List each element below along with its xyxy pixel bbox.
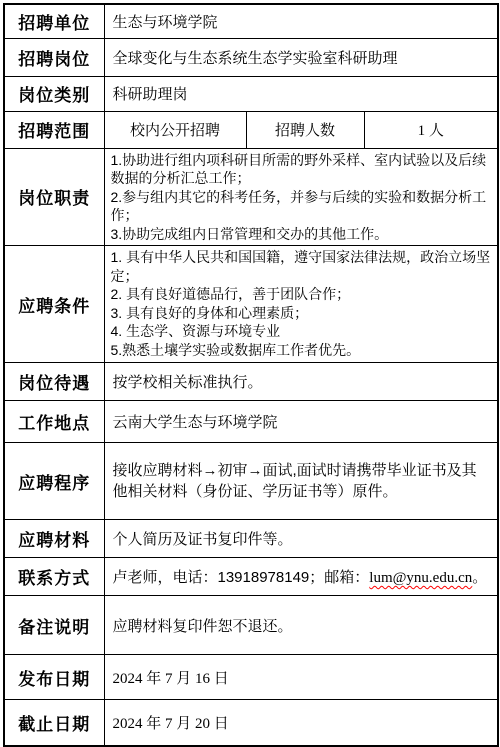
label-recruiting-position: 招聘岗位 <box>4 38 104 76</box>
label-publish-date: 发布日期 <box>4 655 104 700</box>
row-application-requirements: 应聘条件 1. 具有中华人民共和国国籍，遵守国家法律法规，政治立场坚定；2. 具… <box>4 246 498 363</box>
value-contact-info: 卢老师，电话：13918978149；邮箱：lum@ynu.edu.cn。 <box>104 558 498 596</box>
row-recruiting-position: 招聘岗位 全球变化与生态系统生态学实验室科研助理 <box>4 38 498 76</box>
row-remarks: 备注说明 应聘材料复印件恕不退还。 <box>4 596 498 655</box>
recruitment-info-table: 招聘单位 生态与环境学院 招聘岗位 全球变化与生态系统生态学实验室科研助理 岗位… <box>3 3 499 747</box>
value-headcount: 1 人 <box>364 111 498 148</box>
row-contact-info: 联系方式 卢老师，电话：13918978149；邮箱：lum@ynu.edu.c… <box>4 558 498 596</box>
row-work-location: 工作地点 云南大学生态与环境学院 <box>4 401 498 443</box>
deadline-date-text: 2024 年 7 月 20 日 <box>113 716 229 732</box>
label-recruitment-scope: 招聘范围 <box>4 111 104 148</box>
row-publish-date: 发布日期 2024 年 7 月 16 日 <box>4 655 498 700</box>
row-position-category: 岗位类别 科研助理岗 <box>4 76 498 111</box>
publish-date-text: 2024 年 7 月 16 日 <box>113 671 229 687</box>
value-publish-date: 2024 年 7 月 16 日 <box>104 655 498 700</box>
value-job-duties: 1.协助进行组内项科研目所需的野外采样、室内试验以及后续数据的分析汇总工作；2.… <box>104 148 498 246</box>
headcount-number: 1 人 <box>418 123 444 139</box>
label-contact-info: 联系方式 <box>4 558 104 596</box>
row-recruitment-scope: 招聘范围 校内公开招聘 招聘人数 1 人 <box>4 111 498 148</box>
label-job-duties: 岗位职责 <box>4 148 104 246</box>
value-deadline-date: 2024 年 7 月 20 日 <box>104 700 498 746</box>
value-compensation: 按学校相关标准执行。 <box>104 363 498 401</box>
value-application-materials: 个人简历及证书复印件等。 <box>104 520 498 558</box>
label-application-requirements: 应聘条件 <box>4 246 104 363</box>
label-compensation: 岗位待遇 <box>4 363 104 401</box>
value-remarks: 应聘材料复印件恕不退还。 <box>104 596 498 655</box>
label-deadline-date: 截止日期 <box>4 700 104 746</box>
label-remarks: 备注说明 <box>4 596 104 655</box>
value-work-location: 云南大学生态与环境学院 <box>104 401 498 443</box>
value-recruiting-unit: 生态与环境学院 <box>104 4 498 38</box>
contact-text: 卢老师，电话：13918978149；邮箱： <box>113 569 370 586</box>
label-position-category: 岗位类别 <box>4 76 104 111</box>
value-recruitment-scope: 校内公开招聘 <box>104 111 246 148</box>
row-application-procedure: 应聘程序 接收应聘材料→初审→面试,面试时请携带毕业证书及其他相关材料（身份证、… <box>4 443 498 520</box>
row-job-duties: 岗位职责 1.协助进行组内项科研目所需的野外采样、室内试验以及后续数据的分析汇总… <box>4 148 498 246</box>
contact-email: lum@ynu.edu.cn <box>369 570 472 586</box>
row-deadline-date: 截止日期 2024 年 7 月 20 日 <box>4 700 498 746</box>
label-application-procedure: 应聘程序 <box>4 443 104 520</box>
label-work-location: 工作地点 <box>4 401 104 443</box>
label-headcount: 招聘人数 <box>246 111 364 148</box>
value-application-requirements: 1. 具有中华人民共和国国籍，遵守国家法律法规，政治立场坚定；2. 具有良好道德… <box>104 246 498 363</box>
value-recruiting-position: 全球变化与生态系统生态学实验室科研助理 <box>104 38 498 76</box>
value-position-category: 科研助理岗 <box>104 76 498 111</box>
row-recruiting-unit: 招聘单位 生态与环境学院 <box>4 4 498 38</box>
value-application-procedure: 接收应聘材料→初审→面试,面试时请携带毕业证书及其他相关材料（身份证、学历证书等… <box>104 443 498 520</box>
contact-suffix: 。 <box>472 569 487 586</box>
row-compensation: 岗位待遇 按学校相关标准执行。 <box>4 363 498 401</box>
row-application-materials: 应聘材料 个人简历及证书复印件等。 <box>4 520 498 558</box>
label-application-materials: 应聘材料 <box>4 520 104 558</box>
label-recruiting-unit: 招聘单位 <box>4 4 104 38</box>
